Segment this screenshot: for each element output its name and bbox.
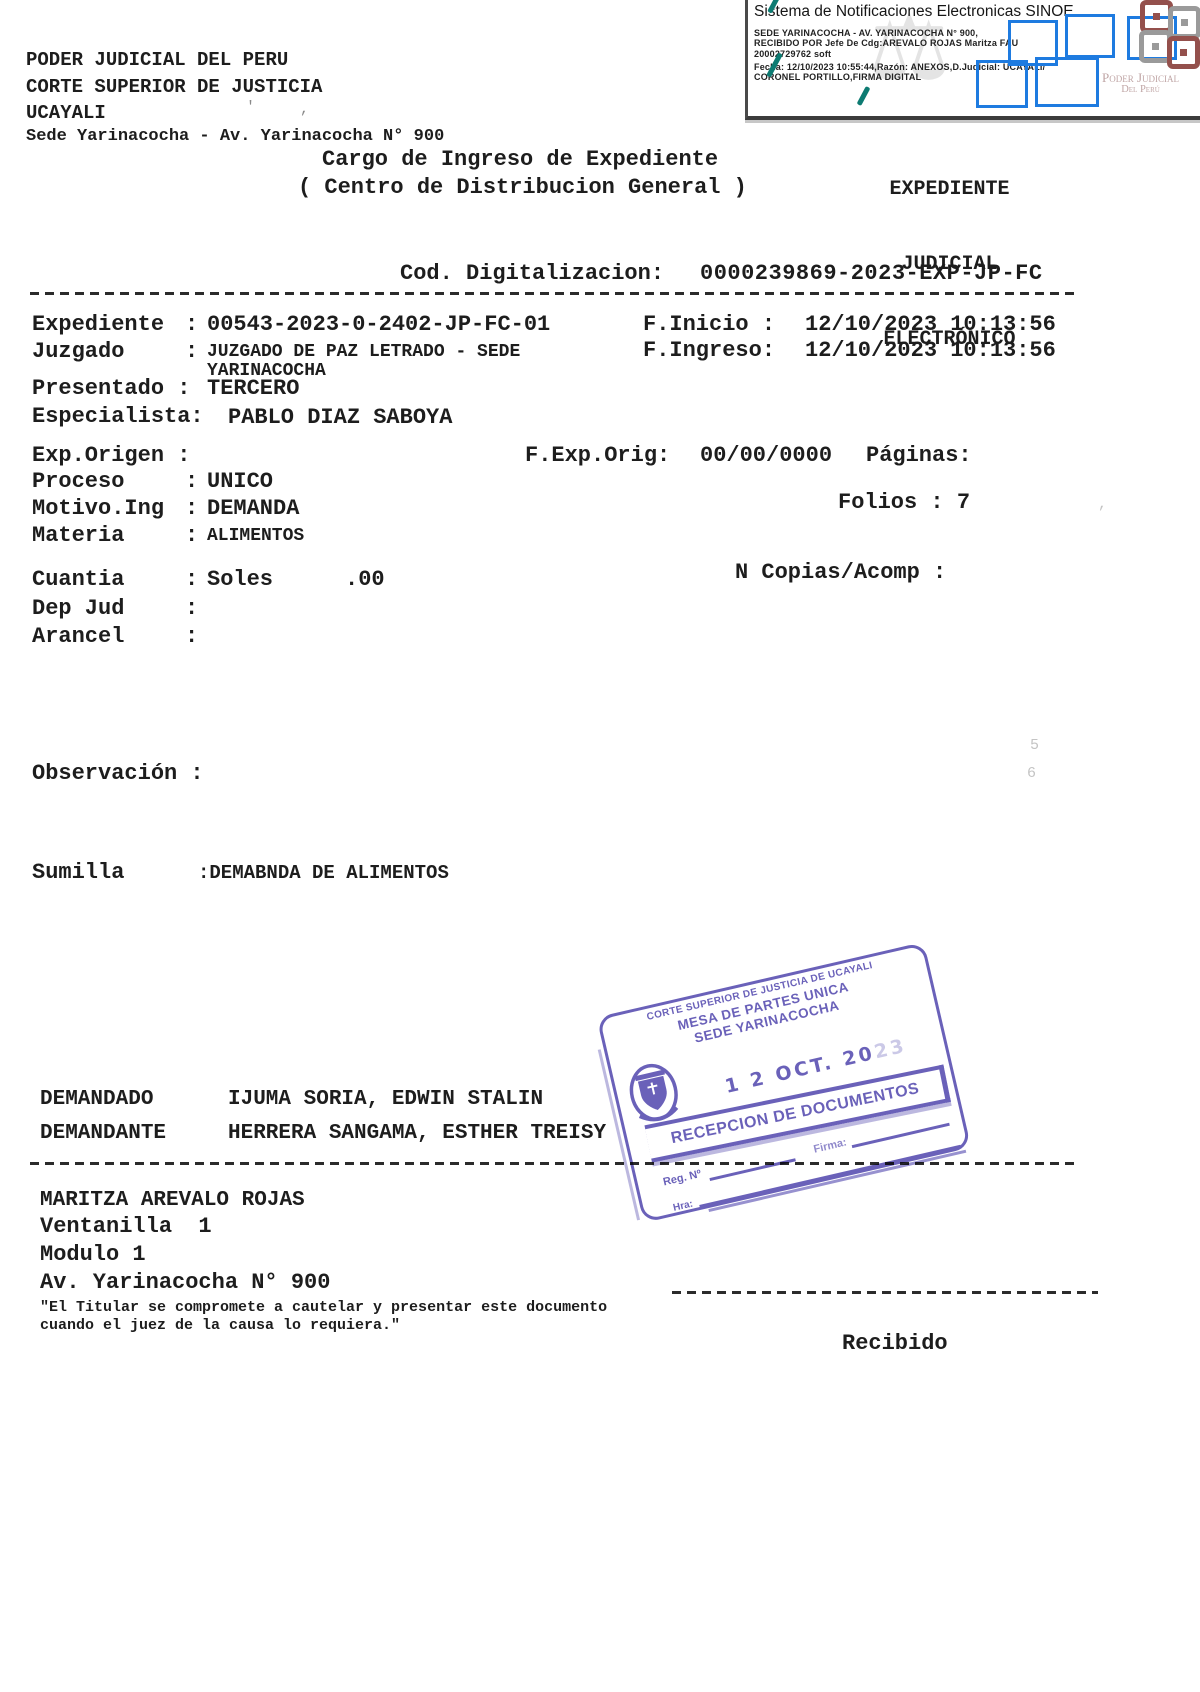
- cod-digitalizacion-label: Cod. Digitalizacion:: [400, 262, 664, 286]
- signature-verify-mark: [1065, 14, 1115, 58]
- poder-judicial-watermark: Poder Judicial Del Perú: [1083, 72, 1198, 96]
- colon: :: [185, 625, 198, 649]
- colon: :: [185, 524, 198, 548]
- dep-jud-label: Dep Jud: [32, 597, 124, 621]
- materia-value: ALIMENTOS: [207, 527, 304, 547]
- signature-verify-mark: [976, 60, 1028, 108]
- scanned-document-page: ⚖ CORTE SUPERIOR DE JUSTICIA UCAYALI Sis…: [0, 0, 1200, 1692]
- materia-label: Materia: [32, 524, 124, 548]
- received-label: Recibido: [842, 1332, 948, 1356]
- document-subtitle: ( Centro de Distribucion General ): [298, 176, 747, 200]
- sinoe-logo-glyph-icon: [1168, 6, 1200, 39]
- cod-digitalizacion-value: 0000239869-2023-EXP-JP-FC: [700, 262, 1043, 286]
- expediente-value: 00543-2023-0-2402-JP-FC-01: [207, 313, 550, 337]
- f-inicio-value: 12/10/2023 10:13:56: [805, 313, 1056, 337]
- juzgado-label: Juzgado: [32, 340, 124, 364]
- especialista-label: Especialista:: [32, 405, 204, 429]
- arancel-label: Arancel: [32, 625, 124, 649]
- demandado-label: DEMANDADO: [40, 1088, 153, 1111]
- address-line: Av. Yarinacocha N° 900: [40, 1271, 330, 1295]
- ventanilla-line: Ventanilla 1: [40, 1215, 212, 1239]
- proceso-label: Proceso: [32, 470, 124, 494]
- clerk-name: MARITZA AREVALO ROJAS: [40, 1189, 305, 1212]
- dashed-divider: [30, 292, 1075, 295]
- letterhead-line4: Sede Yarinacocha - Av. Yarinacocha N° 90…: [26, 128, 444, 147]
- colon: :: [185, 497, 198, 521]
- sumilla-label: Sumilla: [32, 861, 124, 885]
- dashed-signature-line: [672, 1291, 1098, 1294]
- sinoe-system-line: Sistema de Notificaciones Electronicas S…: [754, 3, 1074, 21]
- demandante-value: HERRERA SANGAMA, ESTHER TREISY: [228, 1122, 606, 1145]
- sinoe-detail-ruc: 20002729762 soft: [754, 49, 831, 59]
- sumilla-value: :DEMABNDA DE ALIMENTOS: [198, 863, 449, 884]
- presentado-value: TERCERO: [207, 377, 299, 401]
- demandado-value: IJUMA SORIA, EDWIN STALIN: [228, 1088, 543, 1111]
- f-inicio-label: F.Inicio :: [643, 313, 775, 337]
- paginas-label: Páginas:: [866, 444, 972, 468]
- demandante-label: DEMANDANTE: [40, 1122, 166, 1145]
- colon: :: [185, 597, 198, 621]
- sinoe-detail-recibido: RECIBIDO POR Jefe De Cdg:AREVALO ROJAS M…: [754, 38, 1018, 48]
- letterhead-line3: UCAYALI: [26, 103, 106, 124]
- stray-mark: ': [246, 100, 255, 117]
- colon: :: [185, 313, 198, 337]
- stray-mark: ,: [300, 102, 309, 119]
- f-exp-orig-label: F.Exp.Orig:: [525, 444, 670, 468]
- juzgado-value-line1: JUZGADO DE PAZ LETRADO - SEDE: [207, 343, 520, 363]
- motivo-ing-value: DEMANDA: [207, 497, 299, 521]
- mesa-de-partes-ink-stamp: CORTE SUPERIOR DE JUSTICIA DE UCAYALI ME…: [573, 913, 988, 1272]
- f-ingreso-label: F.Ingreso:: [643, 339, 775, 363]
- f-ingreso-value: 12/10/2023 10:13:56: [805, 339, 1056, 363]
- sinoe-detail-sede: SEDE YARINACOCHA - AV. YARINACOCHA N° 90…: [754, 28, 978, 38]
- letterhead-line1: PODER JUDICIAL DEL PERU: [26, 50, 288, 71]
- proceso-value: UNICO: [207, 470, 273, 494]
- colon: :: [185, 340, 198, 364]
- scan-artifact: 6: [1027, 766, 1036, 783]
- custody-note-line1: "El Titular se compromete a cautelar y p…: [40, 1300, 607, 1317]
- modulo-line: Modulo 1: [40, 1243, 146, 1267]
- sinoe-logo-glyph-icon: [1167, 36, 1200, 69]
- custody-note-line2: cuando el juez de la causa lo requiera.": [40, 1318, 400, 1335]
- expediente-label: Expediente: [32, 313, 164, 337]
- document-title: Cargo de Ingreso de Expediente: [322, 148, 718, 172]
- especialista-value: PABLO DIAZ SABOYA: [228, 406, 452, 430]
- n-copias-label: N Copias/Acomp :: [735, 561, 946, 585]
- scan-artifact: 5: [1030, 738, 1039, 755]
- observacion-label: Observación :: [32, 762, 204, 786]
- cuantia-label: Cuantia: [32, 568, 124, 592]
- sinoe-detail-firma: CORONEL PORTILLO,FIRMA DIGITAL: [754, 72, 921, 82]
- letterhead-line2: CORTE SUPERIOR DE JUSTICIA: [26, 77, 322, 98]
- presentado-label: Presentado :: [32, 377, 190, 401]
- sinoe-digital-stamp: ⚖ CORTE SUPERIOR DE JUSTICIA UCAYALI Sis…: [745, 0, 1200, 120]
- colon: :: [185, 568, 198, 592]
- cuantia-currency: Soles: [207, 568, 273, 592]
- f-exp-orig-value: 00/00/0000: [700, 444, 832, 468]
- folios-label: Folios : 7: [838, 491, 970, 515]
- motivo-ing-label: Motivo.Ing: [32, 497, 164, 521]
- cuantia-amount: .00: [345, 568, 385, 592]
- colon: :: [185, 470, 198, 494]
- scan-artifact: ,: [1098, 497, 1107, 514]
- exp-origen-label: Exp.Origen :: [32, 444, 190, 468]
